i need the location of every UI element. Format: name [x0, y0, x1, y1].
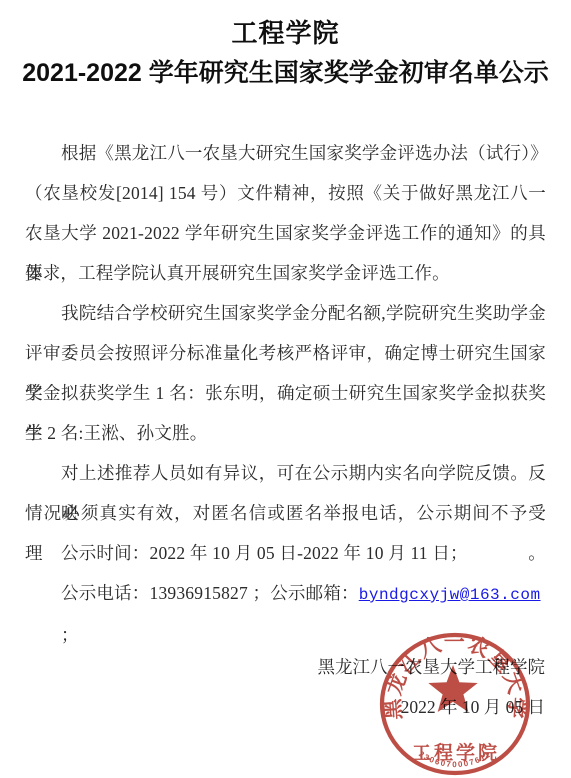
p3-line-2: 情况必须真实有效，对匿名信或匿名举报电话，公示期间不予受理。 [25, 493, 546, 533]
p3-line-1: 对上述推荐人员如有异议，可在公示期内实名向学院反馈。反映 [25, 453, 546, 493]
p1-line-1: 根据《黑龙江八一农垦大研究生国家奖学金评选办法（试行）》 [25, 133, 546, 173]
signature-date: 2022 年 10 月 05 日 [318, 687, 546, 727]
contact-line-prefix: 公示电话：13936915827 ；公示邮箱： [61, 583, 359, 603]
seal-inner-text: 工程学院 [412, 741, 500, 764]
p1-line-4: 要求，工程学院认真开展研究生国家奖学金评选工作。 [25, 253, 546, 293]
p1-line-2: （农垦校发[2014] 154 号）文件精神，按照《关于做好黑龙江八一 [25, 173, 546, 213]
p1-line-3: 农垦大学 2021-2022 学年研究生国家奖学金评选工作的通知》的具体 [25, 213, 546, 253]
p2-line-2: 评审委员会按照评分标准量化考核严格评审，确定博士研究生国家奖 [25, 333, 546, 373]
doc-title-line1: 工程学院 [0, 17, 571, 49]
doc-body: 根据《黑龙江八一农垦大研究生国家奖学金评选办法（试行）》 （农垦校发[2014]… [25, 133, 546, 613]
p2-line-1: 我院结合学校研究生国家奖学金分配名额,学院研究生奖助学金 [25, 293, 546, 333]
signature-block: 黑龙江八一农垦大学工程学院 2022 年 10 月 05 日 [318, 647, 546, 727]
email-link[interactable]: byndgcxyjw@163.com [359, 586, 541, 604]
announcement-document: 工程学院 2021-2022 学年研究生国家奖学金初审名单公示 根据《黑龙江八一… [0, 0, 571, 778]
signature-org: 黑龙江八一农垦大学工程学院 [318, 647, 546, 687]
doc-title-line2: 2021-2022 学年研究生国家奖学金初审名单公示 [0, 56, 571, 90]
contact-line: 公示电话：13936915827 ；公示邮箱：byndgcxyjw@163.co… [25, 573, 546, 613]
p2-line-3: 学金拟获奖学生 1 名：张东明，确定硕士研究生国家奖学金拟获奖学 [25, 373, 546, 413]
p2-line-4: 生 2 名:王淞、孙文胜。 [25, 413, 546, 453]
seal-serial-number: 2306070007611 [417, 749, 493, 769]
